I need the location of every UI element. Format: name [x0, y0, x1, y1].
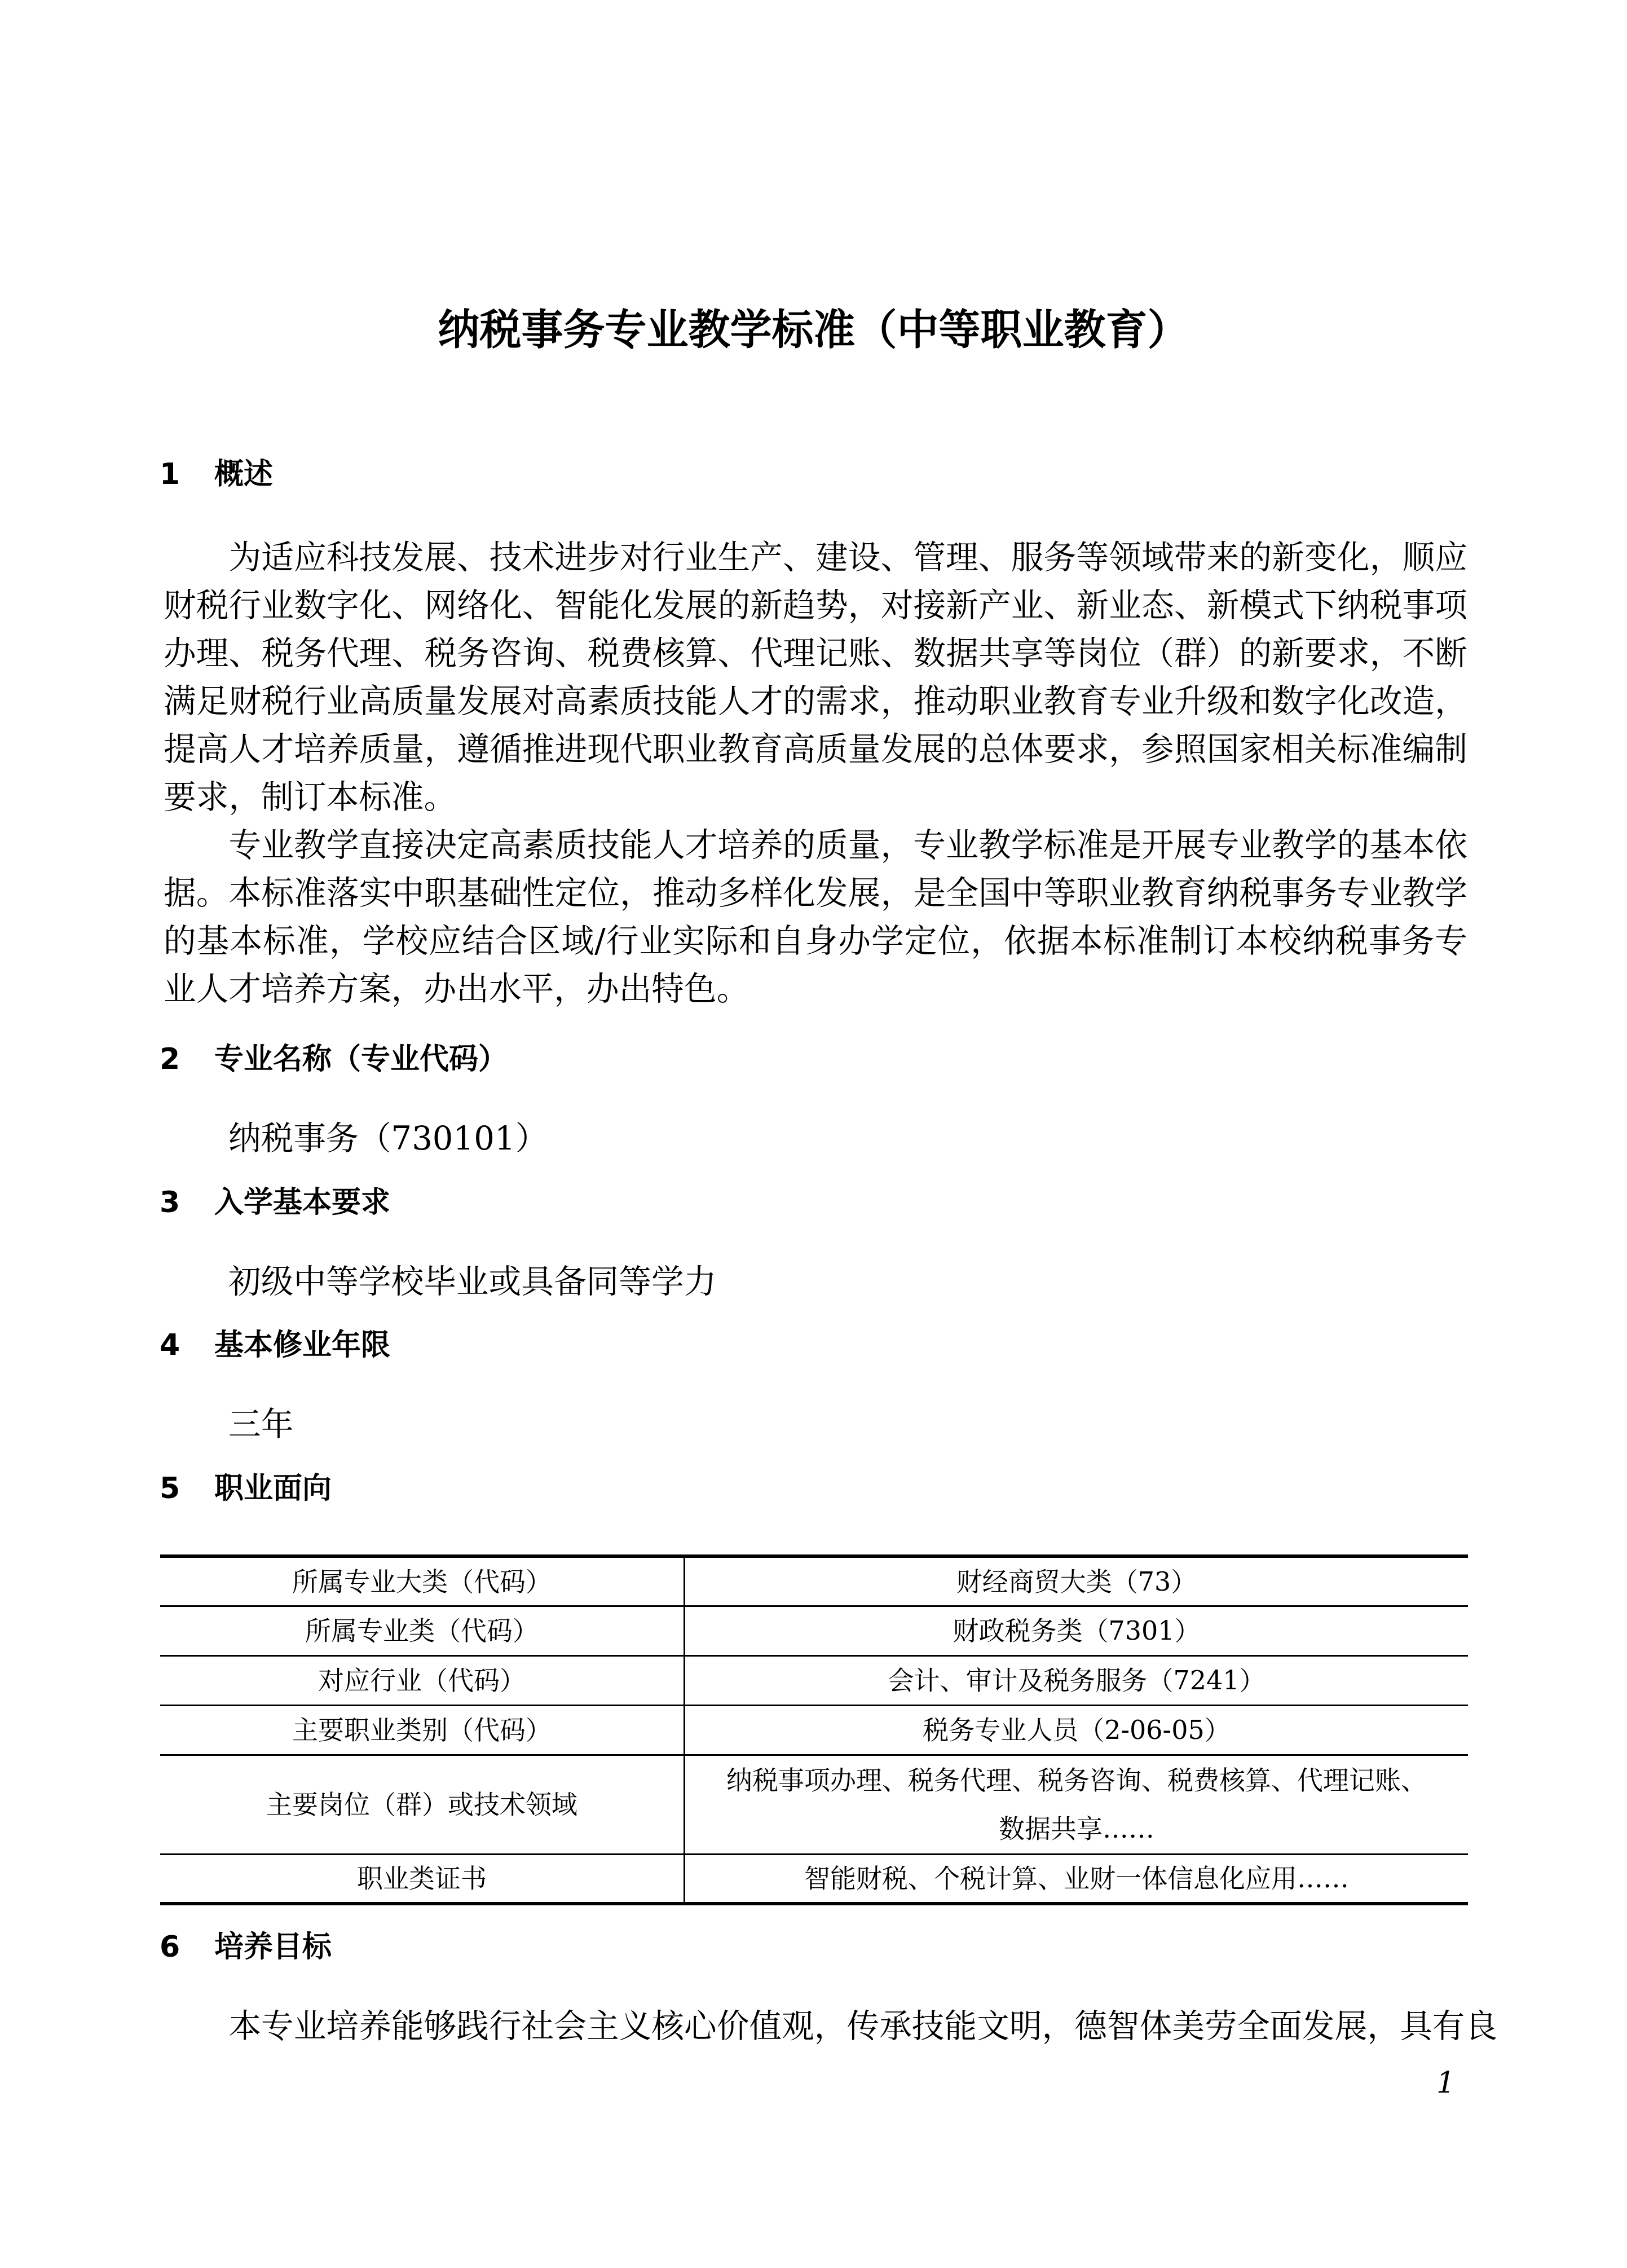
table-value-line: 数据共享…… [696, 1804, 1457, 1853]
section-title: 基本修业年限 [214, 1328, 390, 1362]
section-title: 培养目标 [214, 1930, 332, 1964]
career-orientation-table: 所属专业大类（代码） 财经商贸大类（73） 所属专业类（代码） 财政税务类（73… [160, 1554, 1468, 1905]
table-value-cell: 智能财税、个税计算、业财一体信息化应用…… [685, 1854, 1469, 1904]
table-row: 所属专业类（代码） 财政税务类（7301） [160, 1606, 1468, 1655]
section-title: 概述 [214, 457, 273, 491]
table-row: 主要职业类别（代码） 税务专业人员（2-06-05） [160, 1705, 1468, 1755]
overview-paragraph-2: 专业教学直接决定高素质技能人才培养的质量，专业教学标准是开展专业教学的基本依据。… [164, 821, 1467, 1013]
section-heading-4: 4基本修业年限 [160, 1325, 390, 1365]
table-value-cell: 财经商贸大类（73） [685, 1556, 1469, 1606]
admission-requirement: 初级中等学校毕业或具备同等学力 [228, 1258, 716, 1306]
document-title: 纳税事务专业教学标准（中等职业教育） [0, 305, 1627, 355]
table-key-cell: 所属专业类（代码） [160, 1606, 685, 1655]
table-row: 对应行业（代码） 会计、审计及税务服务（7241） [160, 1655, 1468, 1705]
table-value-cell: 税务专业人员（2-06-05） [685, 1705, 1469, 1755]
table-key-cell: 主要职业类别（代码） [160, 1705, 685, 1755]
section-heading-3: 3入学基本要求 [160, 1183, 390, 1222]
table-key-cell: 对应行业（代码） [160, 1655, 685, 1705]
table-row: 主要岗位（群）或技术领域 纳税事项办理、税务代理、税务咨询、税费核算、代理记账、… [160, 1755, 1468, 1854]
document-page: 纳税事务专业教学标准（中等职业教育） 1概述 为适应科技发展、技术进步对行业生产… [0, 0, 1627, 2268]
section-title: 职业面向 [214, 1472, 332, 1505]
section-number: 3 [160, 1183, 214, 1222]
overview-paragraph-1: 为适应科技发展、技术进步对行业生产、建设、管理、服务等领域带来的新变化，顺应财税… [164, 534, 1467, 821]
table-key-cell: 主要岗位（群）或技术领域 [160, 1755, 685, 1854]
table-value-line: 纳税事项办理、税务代理、税务咨询、税费核算、代理记账、 [696, 1756, 1457, 1804]
page-number: 1 [1436, 2066, 1455, 2100]
table-row: 职业类证书 智能财税、个税计算、业财一体信息化应用…… [160, 1854, 1468, 1904]
section-heading-2: 2专业名称（专业代码） [160, 1040, 508, 1079]
table-value-cell: 纳税事项办理、税务代理、税务咨询、税费核算、代理记账、 数据共享…… [685, 1755, 1469, 1854]
section-number: 2 [160, 1040, 214, 1079]
major-name-code: 纳税事务（730101） [228, 1115, 548, 1162]
section-title: 专业名称（专业代码） [214, 1042, 508, 1076]
table-value-cell: 财政税务类（7301） [685, 1606, 1469, 1655]
section-title: 入学基本要求 [214, 1186, 390, 1219]
section-heading-5: 5职业面向 [160, 1469, 332, 1508]
section-number: 5 [160, 1469, 214, 1508]
table-value-cell: 会计、审计及税务服务（7241） [685, 1655, 1469, 1705]
section-heading-1: 1概述 [160, 455, 273, 494]
study-duration: 三年 [228, 1401, 293, 1448]
section-number: 1 [160, 455, 214, 494]
training-goal-paragraph: 本专业培养能够践行社会主义核心价值观，传承技能文明，德智体美劳全面发展，具有良 [164, 2002, 1467, 2050]
section-heading-6: 6培养目标 [160, 1927, 332, 1967]
table-key-cell: 所属专业大类（代码） [160, 1556, 685, 1606]
section-number: 6 [160, 1927, 214, 1967]
section-number: 4 [160, 1325, 214, 1365]
table-key-cell: 职业类证书 [160, 1854, 685, 1904]
table-row: 所属专业大类（代码） 财经商贸大类（73） [160, 1556, 1468, 1606]
